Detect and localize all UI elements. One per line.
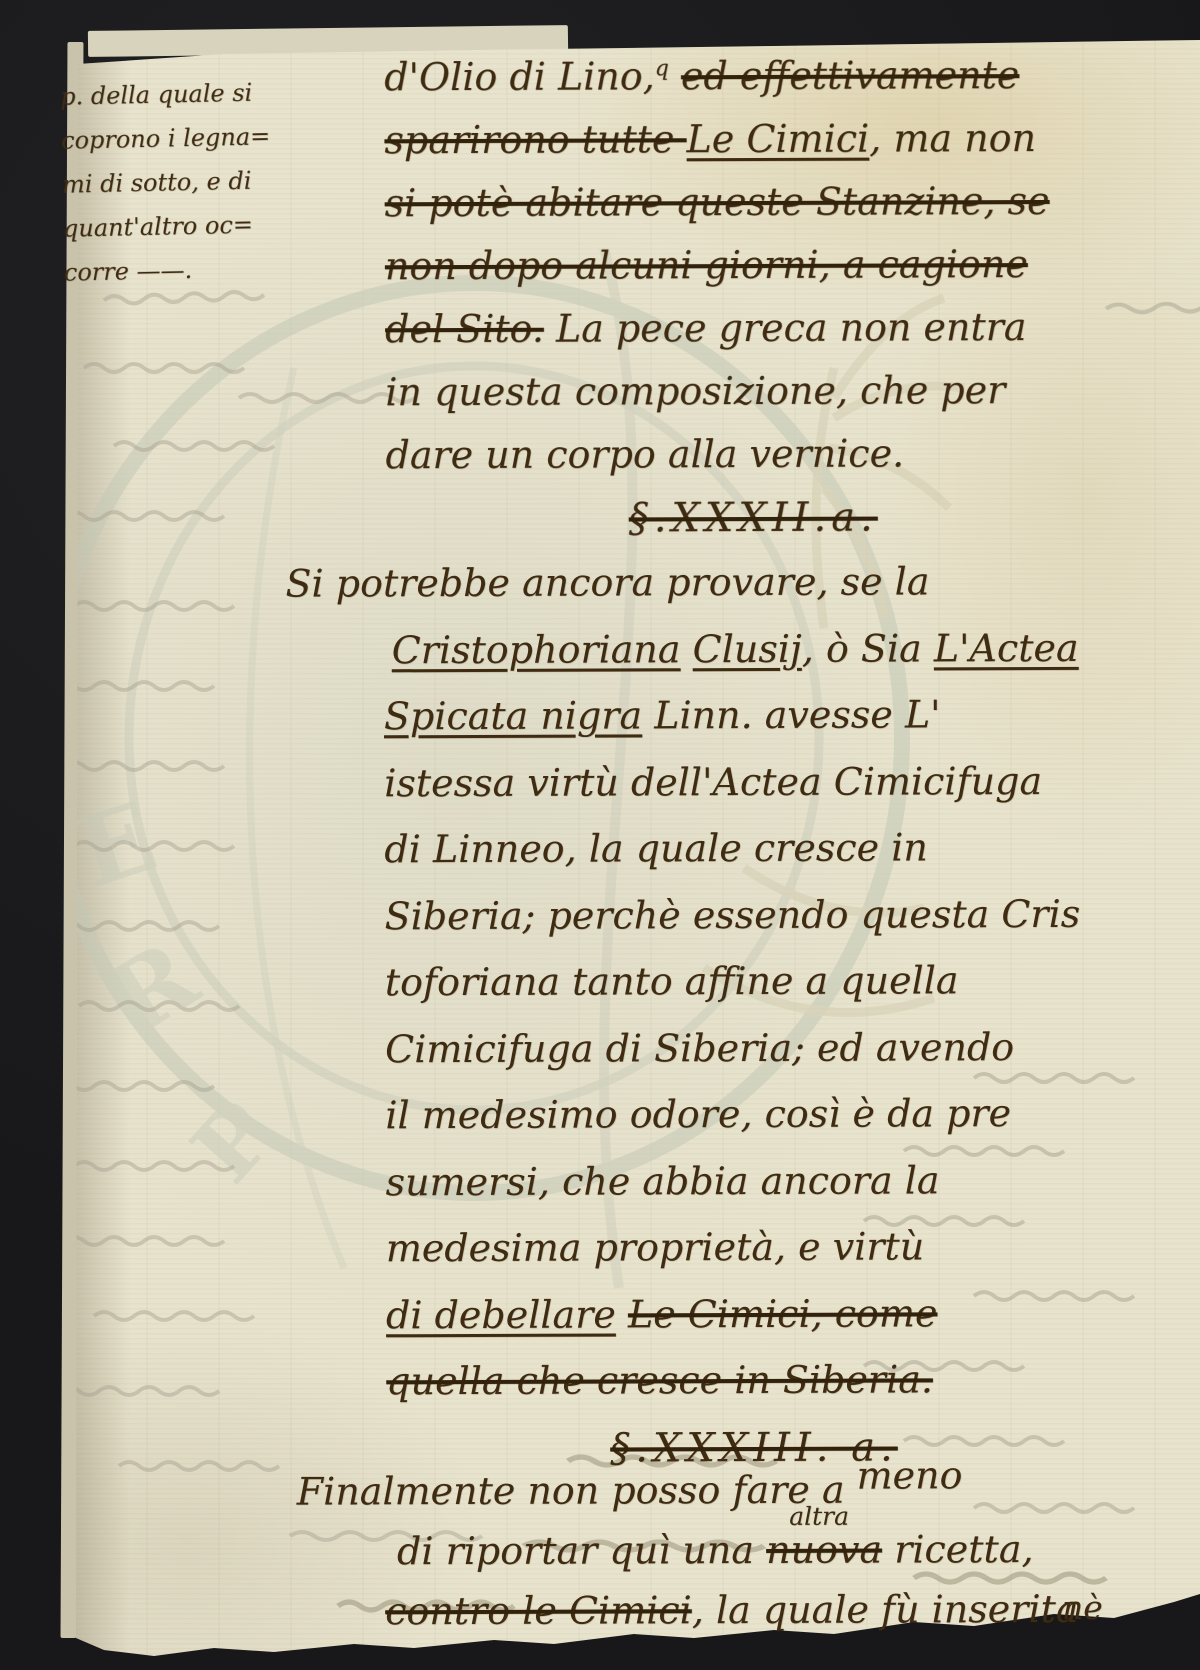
manuscript-line: sparirono tutte Le Cimici, ma non bbox=[384, 116, 1119, 182]
manuscript-line: contro le Cimici, la quale fù inserita bbox=[385, 1587, 1120, 1650]
manuscript-line: toforiana tanto affine a quella bbox=[385, 958, 1120, 1027]
text-segment-underline: L'Actea bbox=[934, 625, 1079, 670]
manuscript-line: Spicata nigra Linn. avesse L' bbox=[384, 692, 1119, 761]
text-segment-struck: non dopo alcuni giorni, a cagione bbox=[385, 242, 1028, 288]
text-segment-plain: il medesimo odore, così è da pre bbox=[385, 1091, 1011, 1137]
text-segment-struck: del Sito. bbox=[385, 307, 544, 352]
text-segment-struck: Le Cimici, come bbox=[628, 1291, 938, 1336]
text-segment-struck: ed effettivamente bbox=[681, 53, 1020, 98]
text-segment-plain: toforiana tanto affine a quella bbox=[385, 958, 959, 1004]
text-segment-struck: contro le Cimici bbox=[385, 1588, 692, 1633]
inserted-correction: altra bbox=[789, 1502, 849, 1531]
text-segment-plain: , ma non bbox=[869, 116, 1036, 161]
manuscript-line: medesima proprietà, e virtù bbox=[386, 1224, 1121, 1293]
manuscript-line: di Linneo, la quale cresce in bbox=[384, 825, 1119, 894]
text-segment-struck: quella che cresce in Siberia. bbox=[386, 1357, 933, 1403]
manuscript-line: Cristophoriana Clusij, ò Sia L'Actea bbox=[392, 625, 1119, 694]
text-segment-plain: p. della quale si bbox=[60, 79, 253, 111]
text-segment-plain: in questa composizione, che per bbox=[385, 368, 1005, 414]
text-segment-plain: Cimicifuga di Siberia; ed avendo bbox=[385, 1025, 1014, 1071]
text-segment-underline: Spicata nigra bbox=[384, 693, 642, 738]
text-segment-plain bbox=[616, 1292, 628, 1336]
text-segment-underline: Clusij bbox=[693, 626, 802, 670]
text-segment-plain: d'Olio di Lino, bbox=[384, 54, 655, 99]
margin-note: p. della quale sicoprono i legna=mi di s… bbox=[60, 69, 325, 294]
manuscript-line: istessa virtù dell'Actea Cimicifuga bbox=[384, 758, 1119, 827]
manuscript-line: corre ——. bbox=[63, 245, 324, 294]
manuscript-line: in questa composizione, che per bbox=[385, 368, 1120, 434]
text-segment-sup: q bbox=[655, 57, 669, 82]
manuscript-line: Cimicifuga di Siberia; ed avendo bbox=[385, 1024, 1120, 1093]
main-text-block-3: Finalmente non posso fare a menodi ripor… bbox=[385, 1467, 1121, 1650]
text-segment-struck: §.XXXIII. a. bbox=[610, 1424, 898, 1471]
text-segment-plain: Siberia; perchè essendo questa Cris bbox=[385, 891, 1081, 937]
text-segment-plain: corre ——. bbox=[64, 256, 193, 287]
manuscript-line: non dopo alcuni giorni, a cagione bbox=[385, 242, 1120, 308]
text-segment-underline: Cristophoriana bbox=[392, 627, 681, 672]
manuscript-line: di debellare Le Cimici, come bbox=[386, 1290, 1121, 1359]
text-segment-plain: dare un corpo alla vernice. bbox=[385, 431, 904, 477]
main-text-block-2: Si potrebbe ancora provare, se laCristop… bbox=[383, 559, 1121, 1493]
manuscript-line: mi di sotto, e di bbox=[62, 157, 323, 206]
text-segment-underline: Le Cimici bbox=[686, 117, 869, 162]
manuscript-line: d'Olio di Lino,q ed effettivamente bbox=[384, 53, 1119, 119]
manuscript-line: Si potrebbe ancora provare, se la bbox=[285, 559, 1118, 628]
text-segment-plain: mi di sotto, e di bbox=[62, 167, 252, 199]
text-segment-plain: medesima proprietà, e virtù bbox=[386, 1224, 925, 1270]
catchword: nè bbox=[1062, 1588, 1103, 1627]
text-segment-plain: sumersi, che abbia ancora la bbox=[385, 1158, 939, 1204]
text-segment-plain: quant'altro oc= bbox=[63, 211, 254, 243]
text-segment-plain bbox=[680, 627, 692, 671]
manuscript-line: quant'altro oc= bbox=[62, 201, 323, 250]
text-segment-struck: si potè abitare queste Stanzine, se bbox=[385, 179, 1050, 225]
text-segment-plain bbox=[669, 54, 681, 98]
text-segment-plain: Linn. avesse L' bbox=[642, 692, 941, 737]
text-segment-plain: istessa virtù dell'Actea Cimicifuga bbox=[384, 758, 1042, 804]
svg-text:R: R bbox=[88, 919, 217, 1058]
manuscript-line: sumersi, che abbia ancora la bbox=[385, 1157, 1120, 1226]
text-segment-plain: di Linneo, la quale cresce in bbox=[384, 825, 928, 871]
text-segment-struck: §.XXXII.a. bbox=[629, 495, 878, 542]
svg-text:E: E bbox=[64, 780, 169, 910]
text-segment-plain: ricetta, bbox=[882, 1527, 1034, 1572]
manuscript-line: dare un corpo alla vernice. bbox=[385, 431, 1120, 497]
svg-text:P: P bbox=[172, 1081, 296, 1202]
text-segment-raised: meno bbox=[857, 1453, 963, 1497]
manuscript-line: §.XXXII.a. bbox=[386, 494, 1121, 560]
text-segment-plain: coprono i legna= bbox=[61, 122, 271, 154]
manuscript-line: Finalmente non posso fare a meno bbox=[297, 1467, 1120, 1530]
text-segment-struck: nuovaaltra bbox=[766, 1528, 882, 1572]
manuscript-line: si potè abitare queste Stanzine, se bbox=[385, 179, 1120, 245]
manuscript-line: p. della quale si bbox=[60, 69, 321, 118]
text-segment-plain: Finalmente non posso fare a bbox=[297, 1468, 857, 1514]
scanned-manuscript-photo: { "page": { "kind": "18th-century handwr… bbox=[0, 0, 1200, 1670]
manuscript-line: di riportar quì una nuovaaltra ricetta, bbox=[397, 1527, 1120, 1590]
text-segment-plain: , la quale fù inserita bbox=[692, 1587, 1079, 1632]
manuscript-line: quella che cresce in Siberia. bbox=[386, 1357, 1121, 1426]
text-segment-plain: La pece greca non entra bbox=[544, 305, 1027, 351]
main-text-block-1: d'Olio di Lino,q ed effettivamentesparir… bbox=[384, 53, 1121, 560]
text-segment-underline: di debellare bbox=[386, 1292, 616, 1337]
text-segment-plain: , ò Sia bbox=[802, 626, 934, 670]
text-segment-plain: Si potrebbe ancora provare, se la bbox=[285, 559, 929, 605]
text-segment-plain: di riportar quì una bbox=[397, 1528, 766, 1573]
manuscript-line: Siberia; perchè essendo questa Cris bbox=[385, 891, 1120, 960]
manuscript-line: il medesimo odore, così è da pre bbox=[385, 1091, 1120, 1160]
manuscript-line: coprono i legna= bbox=[61, 113, 322, 162]
text-segment-struck: sparirono tutte bbox=[384, 117, 686, 162]
manuscript-line: del Sito. La pece greca non entra bbox=[385, 305, 1120, 371]
